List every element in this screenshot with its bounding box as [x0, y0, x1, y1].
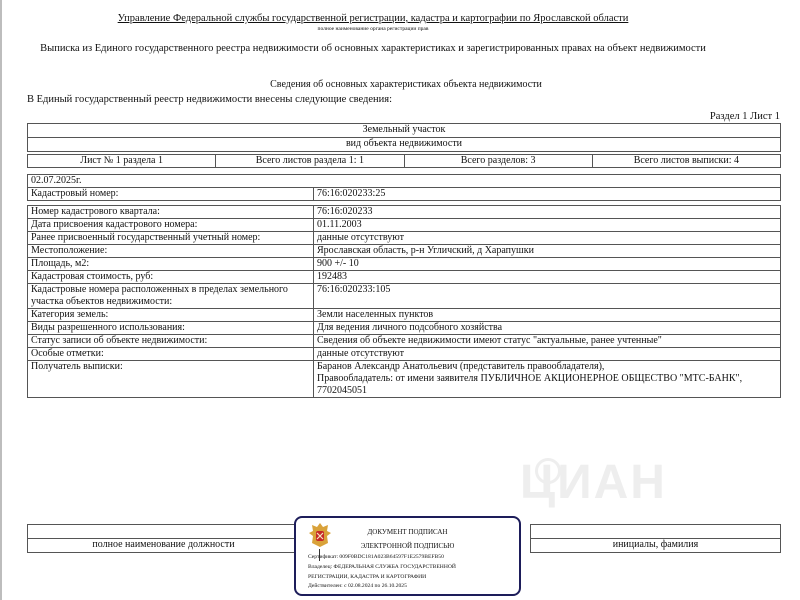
agency-name: Управление Федеральной службы государств… — [0, 13, 746, 24]
row-label: Кадастровые номера расположенных в преде… — [28, 284, 314, 309]
extract-title: Выписка из Единого государственного реес… — [0, 43, 746, 54]
agency-caption: полное наименование органа регистрации п… — [0, 26, 746, 32]
characteristics-table: Номер кадастрового квартала:76:16:020233… — [27, 205, 781, 398]
position-caption: полное наименование должности — [28, 539, 300, 553]
table-row: Получатель выписки: Баранов Александр Ан… — [28, 361, 781, 398]
row-value: Ярославская область, р-н Угличский, д Ха… — [314, 245, 781, 258]
total-sections: Всего разделов: 3 — [404, 155, 592, 168]
table-row: Статус записи об объекте недвижимости:Св… — [28, 335, 781, 348]
table-row: Ранее присвоенный государственный учетны… — [28, 232, 781, 245]
row-label: Кадастровая стоимость, руб: — [28, 271, 314, 284]
stamp-owner-line1: Владелец: ФЕДЕРАЛЬНАЯ СЛУЖБА ГОСУДАРСТВЕ… — [308, 564, 456, 570]
row-label: Ранее присвоенный государственный учетны… — [28, 232, 314, 245]
sheets-table: Лист № 1 раздела 1 Всего листов раздела … — [27, 154, 781, 168]
row-value: 192483 — [314, 271, 781, 284]
name-field — [531, 525, 781, 539]
position-field — [28, 525, 300, 539]
row-label: Особые отметки: — [28, 348, 314, 361]
section-title: Сведения об основных характеристиках объ… — [0, 79, 800, 90]
row-label: Получатель выписки: — [28, 361, 314, 398]
cadastral-number-label: Кадастровый номер: — [28, 188, 314, 201]
table-row: Категория земель:Земли населенных пункто… — [28, 309, 781, 322]
stamp-validity: Действителен: с 02.08.2024 по 26.10.2025 — [308, 583, 407, 589]
total-sheets-extract: Всего листов выписки: 4 — [592, 155, 780, 168]
row-value: данные отсутствуют — [314, 348, 781, 361]
section-sheet-label: Раздел 1 Лист 1 — [710, 111, 780, 122]
row-value: 76:16:020233 — [314, 206, 781, 219]
object-type-caption: вид объекта недвижимости — [28, 138, 781, 152]
row-value: Сведения об объекте недвижимости имеют с… — [314, 335, 781, 348]
intro-text: В Единый государственный реестр недвижим… — [27, 94, 392, 105]
row-value: 76:16:020233:105 — [314, 284, 781, 309]
table-row: Местоположение:Ярославская область, р-н … — [28, 245, 781, 258]
page-edge — [0, 0, 2, 600]
electronic-signature-stamp: ДОКУМЕНТ ПОДПИСАН ЭЛЕКТРОННОЙ ПОДПИСЬЮ С… — [294, 516, 521, 596]
cadastral-number-value: 76:16:020233:25 — [314, 188, 781, 201]
stamp-title-2: ЭЛЕКТРОННОЙ ПОДПИСЬЮ — [296, 542, 519, 550]
row-label: Номер кадастрового квартала: — [28, 206, 314, 219]
row-label: Статус записи об объекте недвижимости: — [28, 335, 314, 348]
row-value: Для ведения личного подсобного хозяйства — [314, 322, 781, 335]
stamp-title-1: ДОКУМЕНТ ПОДПИСАН — [296, 528, 519, 536]
recipient-line: Правообладатель: от имени заявителя ПУБЛ… — [317, 373, 777, 385]
row-value: Земли населенных пунктов — [314, 309, 781, 322]
table-row: Виды разрешенного использования:Для веде… — [28, 322, 781, 335]
row-value: 900 +/- 10 — [314, 258, 781, 271]
table-row: Площадь, м2:900 +/- 10 — [28, 258, 781, 271]
table-row: Кадастровые номера расположенных в преде… — [28, 284, 781, 309]
row-label: Местоположение: — [28, 245, 314, 258]
location-pin-icon — [535, 458, 561, 484]
table-row: Дата присвоения кадастрового номера:01.1… — [28, 219, 781, 232]
total-sheets-section: Всего листов раздела 1: 1 — [216, 155, 404, 168]
recipient-line: 7702045051 — [317, 385, 777, 397]
sheet-of-section: Лист № 1 раздела 1 — [28, 155, 216, 168]
name-caption: инициалы, фамилия — [531, 539, 781, 553]
stamp-owner-line2: РЕГИСТРАЦИИ, КАДАСТРА И КАРТОГРАФИИ — [308, 574, 426, 580]
object-type-table: Земельный участок вид объекта недвижимос… — [27, 123, 781, 152]
table-row: Номер кадастрового квартала:76:16:020233 — [28, 206, 781, 219]
table-row: Кадастровая стоимость, руб:192483 — [28, 271, 781, 284]
row-label: Площадь, м2: — [28, 258, 314, 271]
recipient-line: Баранов Александр Анатольевич (представи… — [317, 361, 777, 373]
date-cadastral-table: 02.07.2025г. Кадастровый номер: 76:16:02… — [27, 174, 781, 201]
stamp-certificate: Сертификат: 009F0BDC181A023B64597F1E2579… — [308, 554, 444, 560]
extract-date: 02.07.2025г. — [28, 175, 781, 188]
row-value: 01.11.2003 — [314, 219, 781, 232]
row-label: Дата присвоения кадастрового номера: — [28, 219, 314, 232]
row-label: Виды разрешенного использования: — [28, 322, 314, 335]
table-row: Особые отметки:данные отсутствуют — [28, 348, 781, 361]
row-value: Баранов Александр Анатольевич (представи… — [314, 361, 781, 398]
object-type: Земельный участок — [28, 124, 781, 138]
row-label: Категория земель: — [28, 309, 314, 322]
row-value: данные отсутствуют — [314, 232, 781, 245]
